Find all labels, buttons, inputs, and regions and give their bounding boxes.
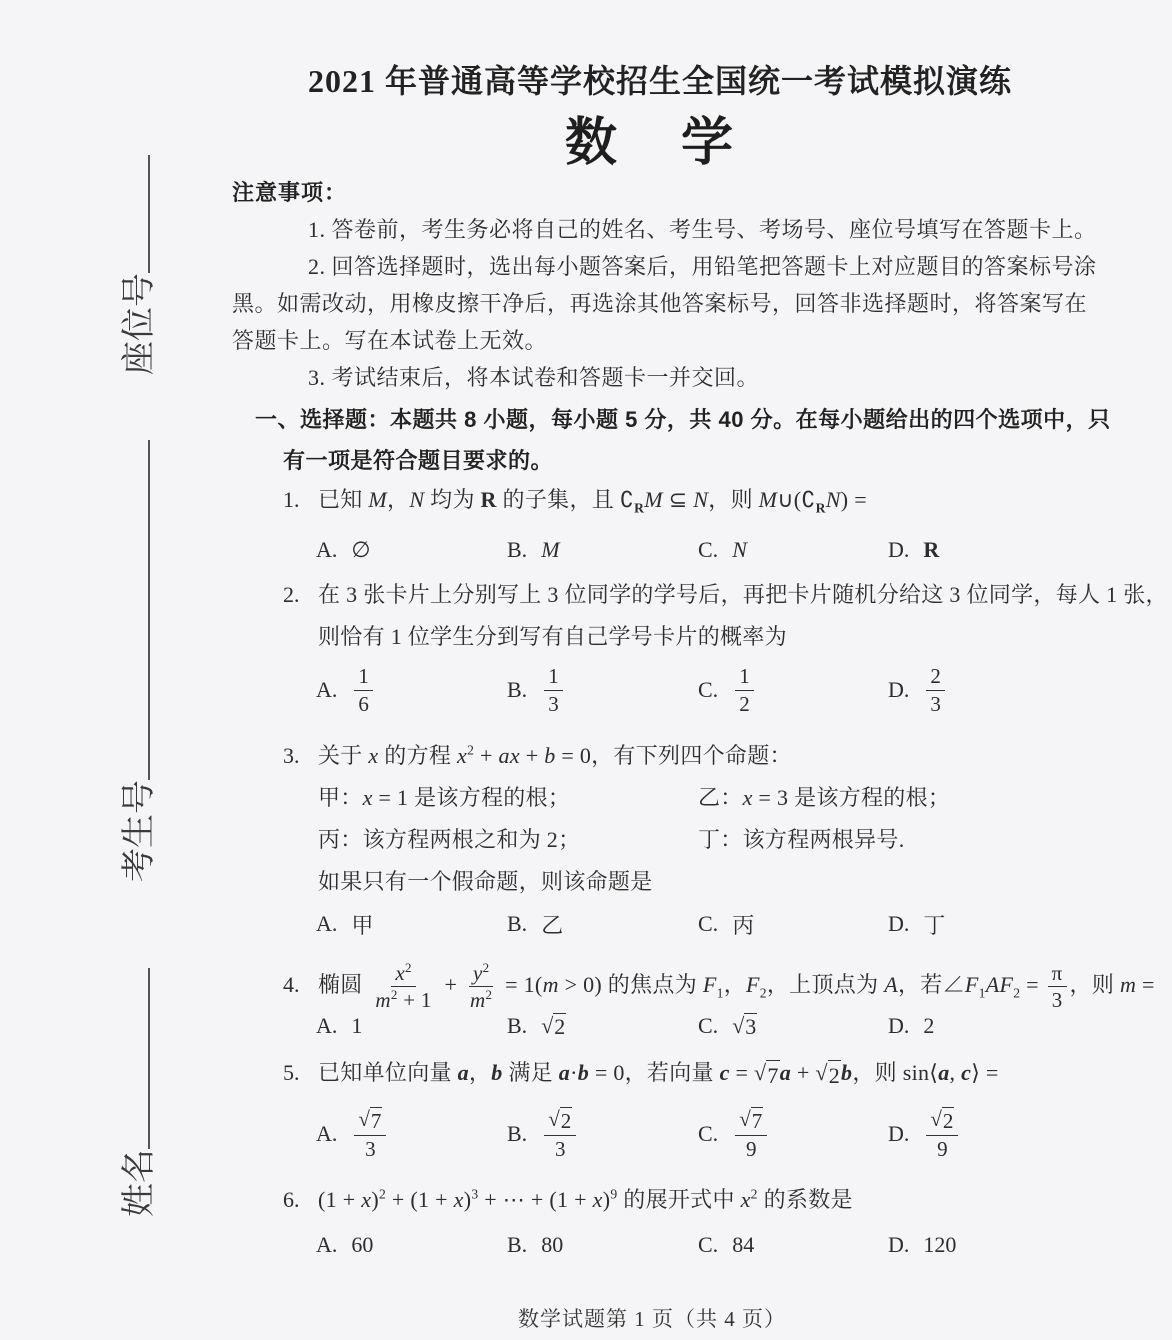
name-label: 姓名 [120,1149,160,1217]
option-c: C.N [698,535,747,565]
notice-line-2: 2. 回答选择题时，选出每小题答案后，用铅笔把答题卡上对应题目的答案标号涂 [232,248,1077,285]
option-d-value: 23 [923,663,948,717]
proposition-yi: 乙：x = 3 是该方程的根； [698,783,950,813]
option-c-label: C. [698,911,718,937]
option-d: D.2 [888,1008,934,1044]
option-b-label: B. [507,537,527,563]
question-6-options: A.60 B.80 C.84 D.120 [283,1230,1089,1260]
option-d-label: D. [888,911,909,937]
option-d: D.R [888,535,939,565]
option-b: B.√23 [507,1103,579,1165]
option-b-label: B. [507,911,527,937]
proposition-ding: 丁：该方程两根异号. [698,825,905,855]
option-c-label: C. [698,1013,718,1039]
question-3-options: A.甲 B.乙 C.丙 D.丁 [283,909,1089,939]
proposition-bing: 丙：该方程两根之和为 2； [318,827,580,852]
option-b-label: B. [507,1121,527,1147]
exam-title: 2021 年普通高等学校招生全国统一考试模拟演练 [240,56,1080,102]
section-heading-line-2: 有一项是符合题目要求的。 [255,440,1080,481]
notice-line-5: 3. 考试结束后，将本试卷和答题卡一并交回。 [232,359,1077,396]
option-d-value: 丁 [923,909,945,940]
option-b-label: B. [507,1013,527,1039]
option-a-label: A. [316,677,337,703]
option-b-value: 13 [541,663,566,717]
option-d: D.√29 [888,1103,961,1165]
exam-paper-page: 座位号 考生号 姓名 2021 年普通高等学校招生全国统一考试模拟演练 数 学 … [0,0,1172,1340]
candidate-number-label: 考生号 [120,780,160,882]
seat-number-blank-line [120,155,150,273]
option-b: B.乙 [507,909,563,939]
question-2-number: 2. [283,580,300,610]
option-d: D.120 [888,1230,956,1260]
option-a-label: A. [316,911,337,937]
option-a-label: A. [316,1232,337,1258]
question-1-number: 1. [283,485,300,515]
option-c-label: C. [698,1232,718,1258]
option-a-value: 16 [351,663,376,717]
subject-title: 数 学 [232,100,1072,175]
notice-line-4: 答题卡上。写在本试卷上无效。 [232,322,1077,359]
option-c: C.12 [698,660,757,720]
option-b: B.√2 [507,1008,566,1044]
option-d-label: D. [888,1013,909,1039]
option-d-label: D. [888,1121,909,1147]
name-field: 姓名 [120,968,166,1217]
question-5-options: A.√73 B.√23 C.√79 D.√29 [283,1103,1089,1165]
option-a: A.甲 [316,909,373,939]
question-5-stem: 已知单位向量 a，b 满足 a·b = 0，若向量 c = √7a + √2b，… [318,1058,999,1091]
option-d-label: D. [888,537,909,563]
option-c-value: 12 [732,663,757,717]
option-c: C.84 [698,1230,754,1260]
option-a-label: A. [316,537,337,563]
option-b-value: √2 [541,1013,566,1040]
name-blank-line [120,968,150,1149]
option-d-value: R [923,537,939,563]
option-c: C.丙 [698,909,754,939]
option-b: B.M [507,535,560,565]
seat-number-field: 座位号 [120,155,166,375]
question-3-prop-row-2: 丙：该方程两根之和为 2； 丁：该方程两根异号. [318,825,580,855]
question-2-options: A.16 B.13 C.12 D.23 [283,660,1089,720]
option-d-value: √29 [923,1106,961,1162]
option-b-value: M [541,537,559,563]
question-3-stem-closing: 如果只有一个假命题，则该命题是 [318,867,653,897]
option-c-value: 丙 [732,909,754,940]
option-c-label: C. [698,677,718,703]
option-a: A.1 [316,1008,362,1044]
option-c: C.√79 [698,1103,770,1165]
question-4-options: A.1 B.√2 C.√3 D.2 [283,1008,1089,1044]
question-1-stem: 已知 M，N 均为 R 的子集，且 ∁RM ⊆ N，则 M∪(∁RN) = [318,485,867,515]
candidate-number-blank-line [120,440,150,780]
option-d: D.23 [888,660,948,720]
question-2-stem-line-2: 则恰有 1 位学生分到写有自己学号卡片的概率为 [318,622,787,652]
option-c-label: C. [698,537,718,563]
option-d-value: 120 [923,1232,956,1258]
proposition-jia: 甲：x = 1 是该方程的根； [318,785,570,810]
option-a: A.∅ [316,535,371,565]
seat-number-label: 座位号 [120,273,160,375]
question-3-prop-row-1: 甲：x = 1 是该方程的根； 乙：x = 3 是该方程的根； [318,783,570,813]
option-b-label: B. [507,1232,527,1258]
option-b-label: B. [507,677,527,703]
question-2-stem-line-1: 在 3 张卡片上分别写上 3 位同学的学号后，再把卡片随机分给这 3 位同学，每… [318,580,1168,610]
option-a-value: 60 [351,1232,373,1258]
option-a: A.60 [316,1230,373,1260]
notice-heading: 注意事项： [232,174,1077,211]
option-a-value: ∅ [351,537,370,563]
page-footer: 数学试题第 1 页（共 4 页） [232,1303,1072,1333]
option-d-value: 2 [923,1013,934,1039]
option-a: A.√73 [316,1103,389,1165]
option-a-value: 甲 [351,909,373,940]
option-a-value: √73 [351,1106,389,1162]
option-b-value: √23 [541,1106,579,1162]
candidate-number-field: 考生号 [120,440,166,882]
notice-line-3: 黑。如需改动，用橡皮擦干净后，再选涂其他答案标号，回答非选择题时，将答案写在 [232,285,1077,322]
question-5-number: 5. [283,1058,300,1088]
notice-line-1: 1. 答卷前，考生务必将自己的姓名、考生号、考场号、座位号填写在答题卡上。 [232,211,1077,248]
notice-section: 注意事项： 1. 答卷前，考生务必将自己的姓名、考生号、考场号、座位号填写在答题… [232,174,1077,396]
option-c-value: 84 [732,1232,754,1258]
option-a-value: 1 [351,1013,362,1039]
section-heading: 一、选择题：本题共 8 小题，每小题 5 分，共 40 分。在每小题给出的四个选… [255,399,1080,481]
question-1-options: A.∅ B.M C.N D.R [283,535,1089,565]
option-b: B.80 [507,1230,563,1260]
option-c-value: N [732,537,747,563]
option-a: A.16 [316,660,376,720]
option-a-label: A. [316,1121,337,1147]
option-d-label: D. [888,677,909,703]
option-c-value: √3 [732,1013,757,1040]
option-c-label: C. [698,1121,718,1147]
question-3-stem: 关于 x 的方程 x2 + ax + b = 0，有下列四个命题： [318,741,792,771]
option-d-label: D. [888,1232,909,1258]
option-b: B.13 [507,660,566,720]
option-c-value: √79 [732,1106,770,1162]
option-b-value: 乙 [541,909,563,940]
question-3-number: 3. [283,741,300,771]
question-6-stem: (1 + x)2 + (1 + x)3 + ⋯ + (1 + x)9 的展开式中… [318,1185,853,1215]
option-c: C.√3 [698,1008,757,1044]
option-d: D.丁 [888,909,945,939]
section-heading-line-1: 一、选择题：本题共 8 小题，每小题 5 分，共 40 分。在每小题给出的四个选… [255,399,1080,440]
question-6-number: 6. [283,1185,300,1215]
option-a-label: A. [316,1013,337,1039]
option-b-value: 80 [541,1232,563,1258]
